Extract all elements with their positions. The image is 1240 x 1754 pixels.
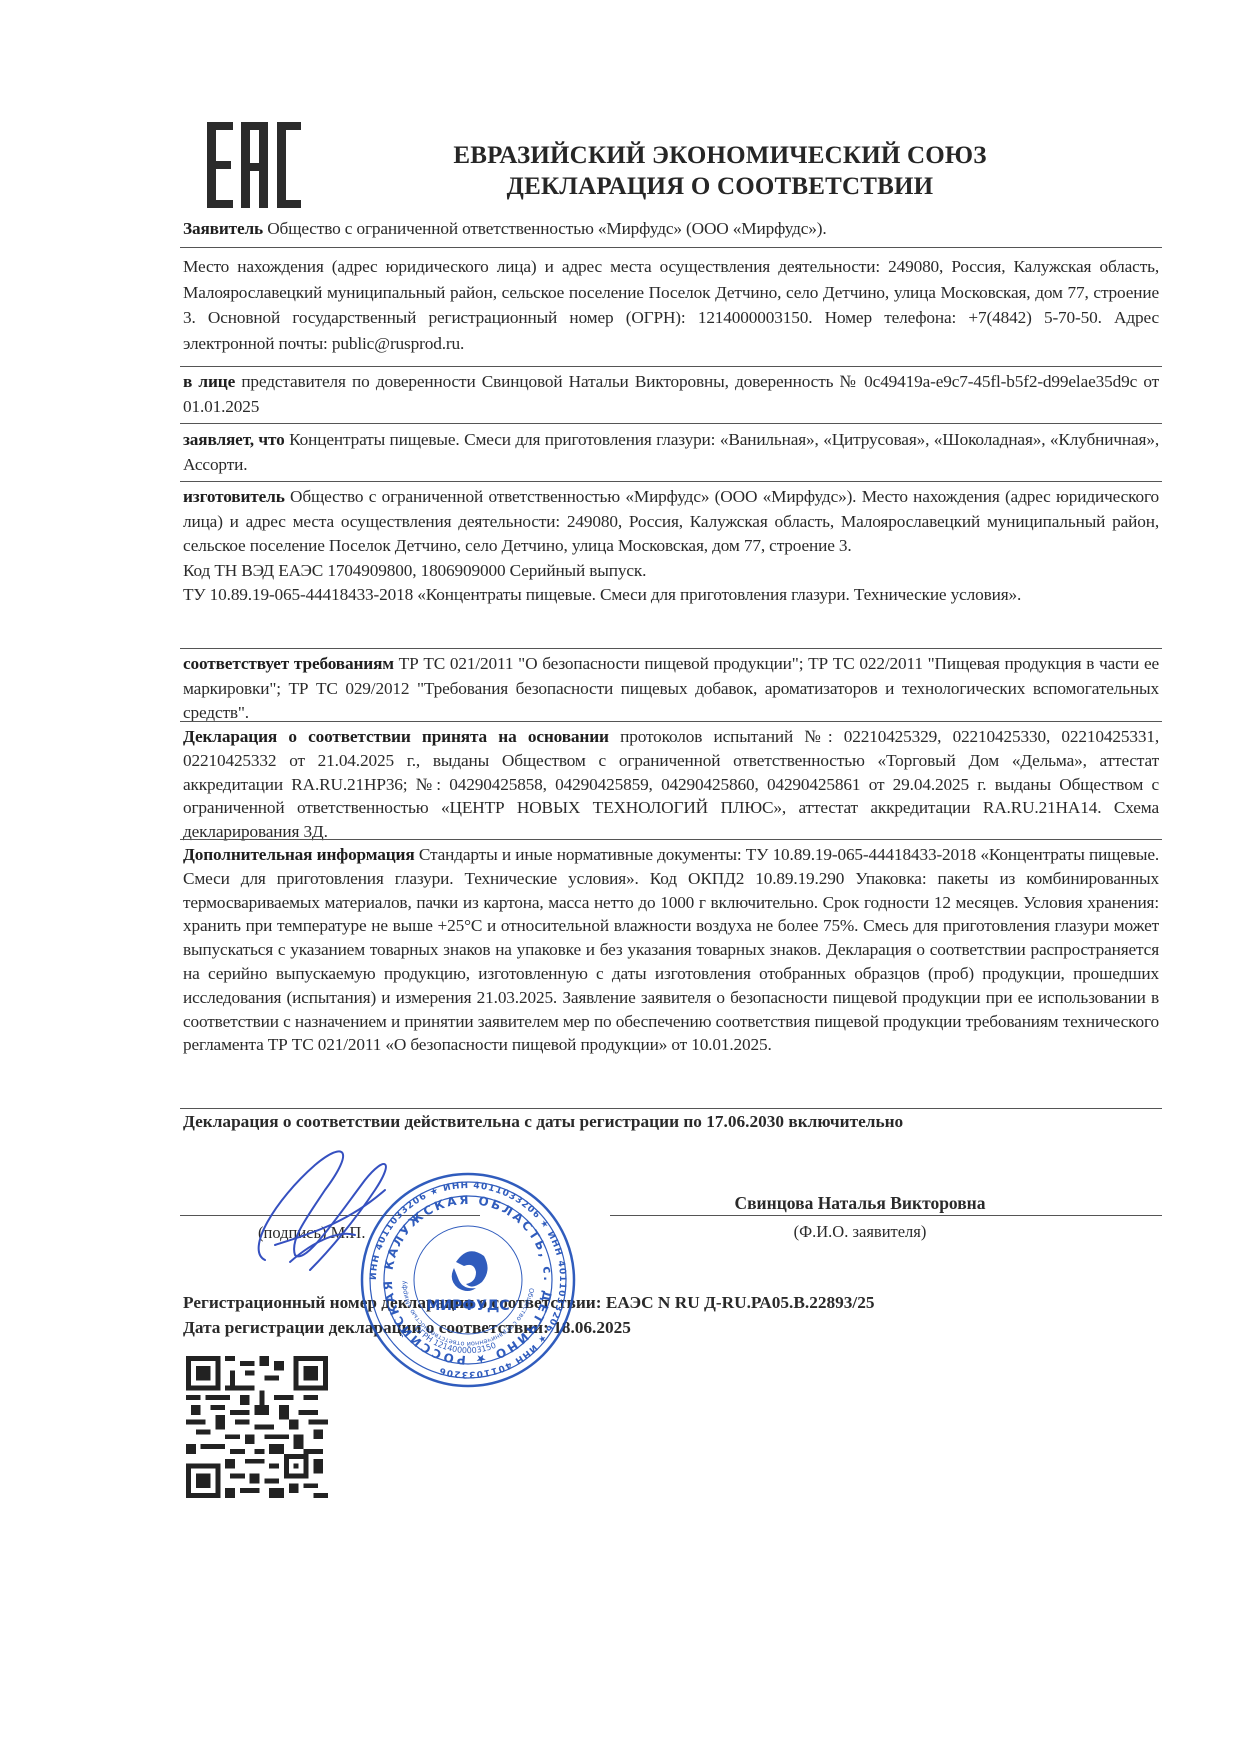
declares-label: заявляет, что bbox=[183, 430, 285, 449]
document-title: ЕВРАЗИЙСКИЙ ЭКОНОМИЧЕСКИЙ СОЮЗ ДЕКЛАРАЦИ… bbox=[400, 140, 1040, 202]
divider bbox=[180, 839, 1162, 840]
additional-info-text: Стандарты и иные нормативные документы: … bbox=[183, 845, 1159, 1054]
applicant-section: Заявитель Общество с ограниченной ответс… bbox=[183, 217, 1159, 242]
divider bbox=[180, 366, 1162, 367]
divider bbox=[180, 721, 1162, 722]
additional-info-section: Дополнительная информация Стандарты и ин… bbox=[183, 843, 1159, 1057]
applicant-label: Заявитель bbox=[183, 219, 263, 238]
signer-name: Свинцова Наталья Викторовна bbox=[680, 1193, 1040, 1214]
manufacturer-label: изготовитель bbox=[183, 487, 285, 506]
basis-section: Декларация о соответствии принята на осн… bbox=[183, 725, 1159, 844]
manufacturer-section: изготовитель Общество с ограниченной отв… bbox=[183, 485, 1159, 608]
representative-text: представителя по доверенности Свинцовой … bbox=[183, 372, 1159, 416]
svg-text:МИРФУДС: МИРФУДС bbox=[426, 1298, 509, 1314]
divider bbox=[180, 481, 1162, 482]
manufacturer-text: Общество с ограниченной ответственностью… bbox=[183, 487, 1159, 555]
divider bbox=[180, 423, 1162, 424]
conforms-section: соответствует требованиям ТР ТС 021/2011… bbox=[183, 652, 1159, 726]
validity-statement: Декларация о соответствии действительна … bbox=[183, 1112, 903, 1132]
tnved-code: Код ТН ВЭД ЕАЭС 1704909800, 1806909000 С… bbox=[183, 559, 1159, 584]
registration-number-value: ЕАЭС N RU Д-RU.РА05.В.22893/25 bbox=[606, 1293, 875, 1312]
signature-icon bbox=[235, 1140, 425, 1280]
declares-section: заявляет, что Концентраты пищевые. Смеси… bbox=[183, 428, 1159, 477]
divider bbox=[180, 1108, 1162, 1109]
address-section: Место нахождения (адрес юридического лиц… bbox=[183, 254, 1159, 357]
divider bbox=[180, 648, 1162, 649]
title-union: ЕВРАЗИЙСКИЙ ЭКОНОМИЧЕСКИЙ СОЮЗ bbox=[400, 140, 1040, 171]
divider bbox=[180, 247, 1162, 248]
conforms-label: соответствует требованиям bbox=[183, 654, 394, 673]
additional-info-label: Дополнительная информация bbox=[183, 845, 415, 864]
tu-code: ТУ 10.89.19-065-44418433-2018 «Концентра… bbox=[183, 583, 1159, 608]
applicant-text: Общество с ограниченной ответственностью… bbox=[263, 219, 826, 238]
signer-caption: (Ф.И.О. заявителя) bbox=[680, 1222, 1040, 1242]
title-declaration: ДЕКЛАРАЦИЯ О СООТВЕТСТВИИ bbox=[400, 171, 1040, 202]
basis-label: Декларация о соответствии принята на осн… bbox=[183, 727, 609, 746]
representative-label: в лице bbox=[183, 372, 235, 391]
address-text: Место нахождения (адрес юридического лиц… bbox=[183, 257, 1159, 353]
representative-section: в лице представителя по доверенности Сви… bbox=[183, 370, 1159, 419]
name-line bbox=[610, 1215, 1162, 1216]
eac-logo-icon bbox=[205, 120, 305, 210]
qr-code-icon[interactable] bbox=[186, 1356, 328, 1498]
declares-text: Концентраты пищевые. Смеси для приготовл… bbox=[183, 430, 1159, 474]
